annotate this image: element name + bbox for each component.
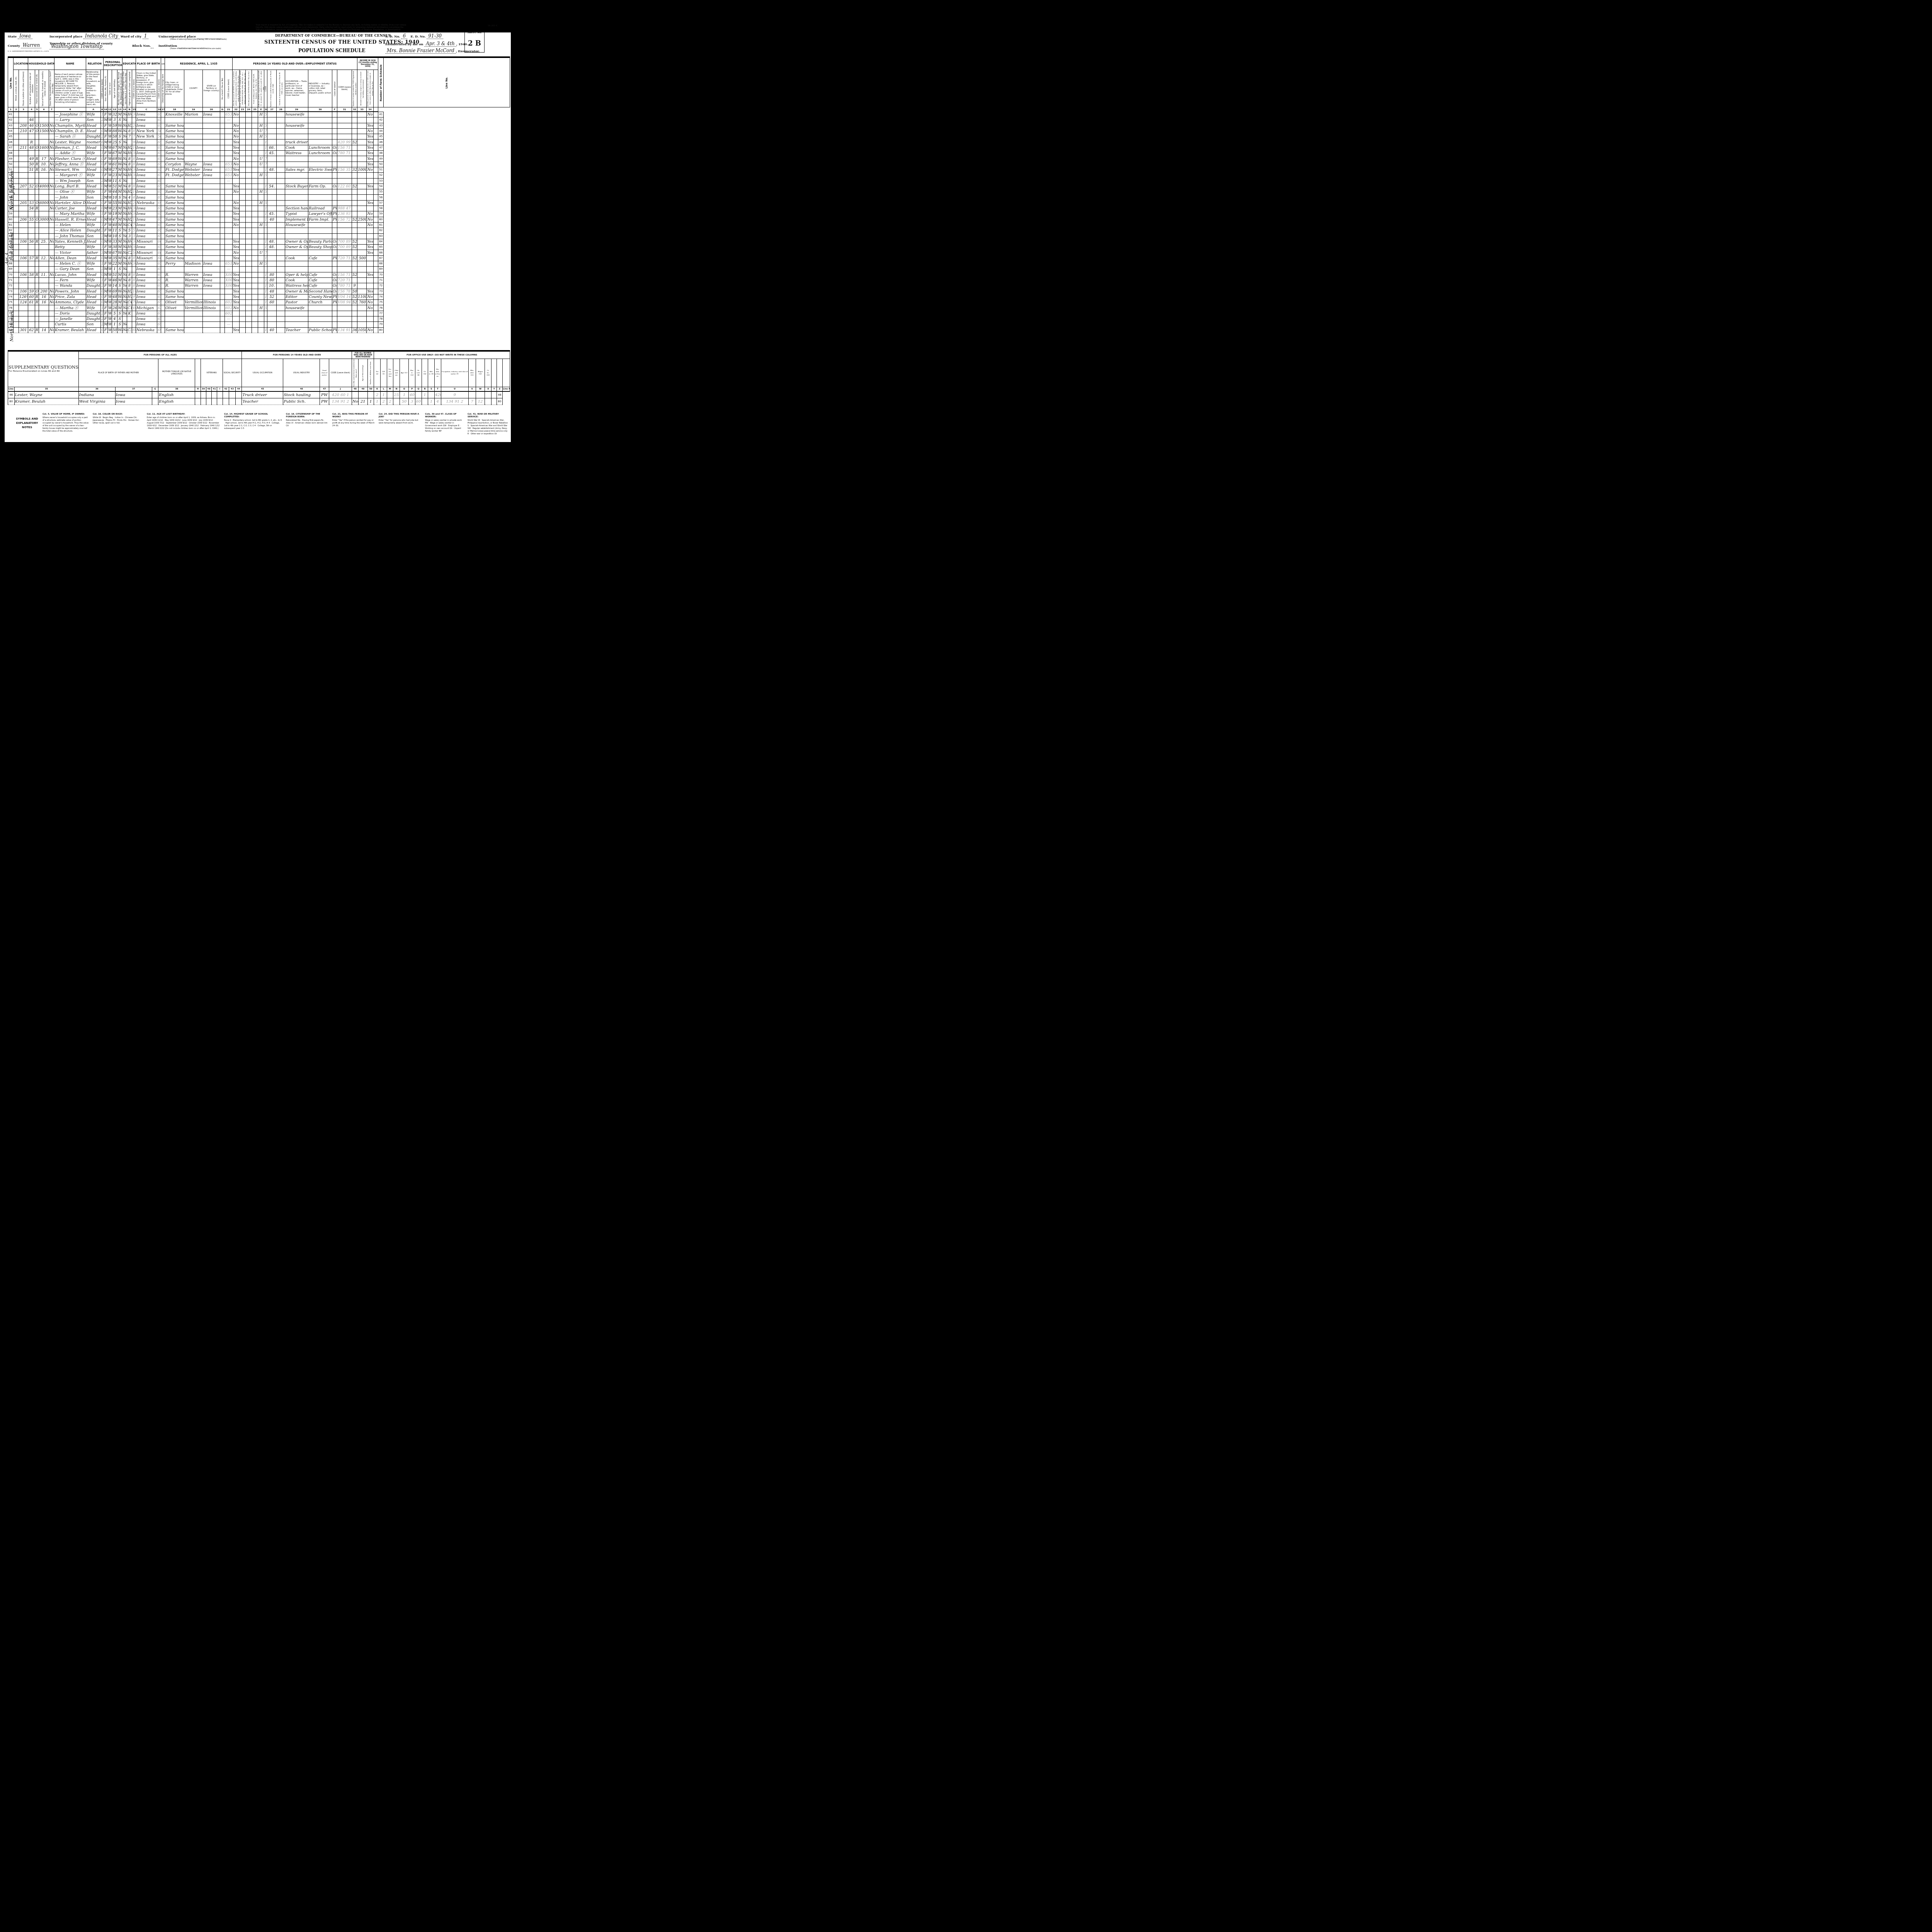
cell-industry: Lawyer's Office: [308, 211, 332, 217]
cell-emergency-work: [240, 294, 246, 299]
cell-birthplace: Iowa: [136, 311, 157, 316]
supp-column-number: 48: [352, 387, 359, 392]
cell-unemployment-duration: [277, 228, 285, 233]
cell-code-e: 1: [264, 283, 267, 289]
cell-relationship: Wife: [86, 211, 101, 217]
cell-age: 50: [112, 327, 117, 333]
column-number: E: [258, 107, 264, 112]
cell-code-a: 1: [101, 189, 104, 195]
cell-owned-rented: [35, 250, 39, 255]
cell-birthplace: New York: [136, 134, 157, 139]
cell-residence-city: Same house: [165, 156, 184, 162]
cell-code-a: 1: [101, 277, 104, 283]
group-office-use: FOR OFFICE USE ONLY—DO NOT WRITE IN THES…: [374, 352, 510, 359]
cell-other-income: Yes: [367, 239, 374, 244]
cell-sex: M: [104, 145, 108, 150]
cell-other-income: No: [367, 305, 374, 311]
cell-code-c: 65: [157, 167, 161, 172]
cell-class-of-worker: [332, 322, 337, 327]
cell-house-number: [19, 189, 28, 195]
cell-citizenship: [161, 156, 165, 162]
cell-home-value: [39, 139, 49, 145]
cell-occupation: [285, 311, 308, 316]
supplementary-questions: SUPPLEMENTARY QUESTIONS For Persons Enum…: [8, 350, 510, 405]
sd-number-field: S. D. No. 6 E. D. No. 91-30: [385, 33, 443, 39]
cell-seeking-work: [246, 294, 252, 299]
cell-code-e: [264, 316, 267, 321]
cell-wages: [357, 200, 367, 206]
cell-code-f: 156 71 4: [337, 272, 352, 277]
cell-occupation: [285, 134, 308, 139]
cell-other-income: [367, 189, 374, 195]
cell-person-name: — Wm Joseph: [54, 178, 86, 184]
supp-col-usual-occupation: USUAL OCCUPATION: [242, 359, 283, 387]
cell-code-a: 0: [101, 128, 104, 134]
supp-office-cell: 134 91 2: [441, 398, 468, 405]
supp-column-number: K: [374, 387, 381, 392]
cell-residence-county: Warren: [184, 283, 203, 289]
cell-person-name: Hartzler, Alice D. ⓧ: [54, 200, 86, 206]
cell-house-number: 106: [19, 239, 28, 244]
column-number: C: [136, 107, 157, 112]
state-value: Iowa: [18, 33, 32, 39]
cell-marital-status: M: [117, 255, 122, 261]
cell-farm-schedule: [374, 283, 378, 289]
cell-house-number: 208: [19, 123, 28, 128]
cell-code-c: 65: [157, 228, 161, 233]
cell-farm: [49, 261, 54, 267]
cell-residence-farm: [220, 156, 225, 162]
cell-residence-farm: [220, 228, 225, 233]
cell-code-b: 30: [132, 211, 136, 217]
supp-col-code-h: [195, 359, 201, 387]
cell-residence-county: Vermillion: [184, 305, 203, 311]
cell-farm: No: [49, 289, 54, 294]
column-number: 2: [14, 107, 19, 112]
col-owned-rented: Home owned (O) or rented (R): [35, 70, 39, 107]
cell-class-of-worker: [332, 228, 337, 233]
cell-code-b: 30: [132, 245, 136, 250]
cell-have-job: [252, 261, 258, 267]
office-col-vr: V-R (5): [380, 359, 387, 387]
cell-home-value: [39, 267, 49, 272]
cell-race: W: [108, 178, 112, 184]
col-line-no: Line No.: [8, 58, 14, 107]
cell-code-a: 1: [101, 261, 104, 267]
cell-age: 4: [112, 316, 117, 321]
cell-wages: [357, 211, 367, 217]
cell-other-income: Yes: [367, 134, 374, 139]
cell-attended-school: Yes: [122, 311, 127, 316]
cell-farm: No: [49, 200, 54, 206]
enumerated-date-field: Enumerated by me on Apr. 3 & 4th, 1940.: [385, 41, 468, 46]
cell-code-f: [337, 112, 352, 117]
cell-age: 55: [112, 200, 117, 206]
cell-citizenship: [161, 316, 165, 321]
cell-citizenship: [161, 261, 165, 267]
cell-line-number-right: 63: [378, 233, 384, 239]
cell-home-value: [39, 117, 49, 123]
cell-person-name: Kramer, Beulah: [54, 327, 86, 333]
supp-column-number: 47: [320, 387, 329, 392]
cell-activity: [258, 211, 264, 217]
cell-household-number: [28, 277, 35, 283]
cell-relationship: Head: [86, 156, 101, 162]
cell-code-b: 30: [132, 167, 136, 172]
cell-class-of-worker: OA: [332, 151, 337, 156]
cell-marital-status: M: [117, 305, 122, 311]
cell-farm-schedule: [374, 211, 378, 217]
cell-birthplace: Iowa: [136, 233, 157, 239]
cell-household-number: 53: [28, 200, 35, 206]
cell-industry: Lunchroom: [308, 151, 332, 156]
cell-weeks-worked: [352, 277, 357, 283]
census-row: 69— Gary DeanSon2MW1SNoIowa65—69: [8, 267, 510, 272]
county-label: County: [8, 44, 20, 48]
cell-age: 51: [112, 184, 117, 189]
cell-line-number-right: 49: [378, 156, 384, 162]
cell-code-e: 5: [264, 173, 267, 178]
cell-class-of-worker: [332, 117, 337, 123]
cell-weeks-worked: [352, 128, 357, 134]
supp-cell-usual-industry: Stock hauling: [283, 391, 320, 398]
supp-column-number: U: [441, 387, 468, 392]
cell-farm-schedule: [374, 139, 378, 145]
cell-activity: [258, 228, 264, 233]
cell-hours-worked: [267, 139, 277, 145]
cell-sex: F: [104, 200, 108, 206]
cell-house-number: [19, 277, 28, 283]
cell-weeks-worked: [352, 178, 357, 184]
cell-industry: [308, 305, 332, 311]
cell-age: 10: [112, 233, 117, 239]
cell-attended-school: No: [122, 250, 127, 255]
cell-street: [14, 151, 19, 156]
cell-sex: M: [104, 267, 108, 272]
cell-line-number-right: 52: [378, 173, 384, 178]
supp-office-cell: 4: [434, 398, 441, 405]
cell-other-income: Yes: [367, 123, 374, 128]
cell-sex: M: [104, 233, 108, 239]
cell-emergency-work: [240, 178, 246, 184]
cell-farm: No: [49, 300, 54, 305]
cell-race: W: [108, 289, 112, 294]
cell-residence-county: [184, 217, 203, 222]
group-residence: RESIDENCE, APRIL 1, 1935: [165, 58, 233, 70]
cell-farm-schedule: [374, 173, 378, 178]
cell-residence-state: Iowa: [203, 162, 220, 167]
cell-citizenship: [161, 162, 165, 167]
cell-at-work: Yes: [233, 211, 240, 217]
cell-home-value: [39, 233, 49, 239]
cell-emergency-work: [240, 162, 246, 167]
cell-owned-rented: [35, 189, 39, 195]
cell-owned-rented: O: [35, 145, 39, 150]
cell-person-name: Ammons, Clyde: [54, 300, 86, 305]
cell-citizenship: [161, 277, 165, 283]
cell-code-a: 0: [101, 123, 104, 128]
cell-person-name: — Gary Dean: [54, 267, 86, 272]
cell-code-c: 65: [157, 123, 161, 128]
group-education: EDUCATION: [122, 58, 136, 70]
cell-race: W: [108, 195, 112, 200]
cell-class-of-worker: OA: [332, 272, 337, 277]
cell-hours-worked: [267, 123, 277, 128]
cell-street: [14, 128, 19, 134]
cell-class-of-worker: [332, 162, 337, 167]
cell-farm: No: [49, 156, 54, 162]
cell-code-e: 7: [264, 128, 267, 134]
cell-residence-state: Iowa: [203, 112, 220, 117]
cell-race: W: [108, 245, 112, 250]
cell-emergency-work: [240, 173, 246, 178]
cell-activity: [258, 233, 264, 239]
supp-col-social-security: SOCIAL SECURITY: [223, 359, 242, 387]
census-row: 5720553O6000NoHartzler, Alice D. ⓧHead0F…: [8, 200, 510, 206]
cell-weeks-worked: [352, 145, 357, 150]
cell-hours-worked: [267, 112, 277, 117]
cell-street: [14, 167, 19, 172]
cell-farm: [49, 195, 54, 200]
census-row: 5151R16.NoStewart, WmHead0MW27MNoH430Iow…: [8, 167, 510, 172]
census-row: 61— HelenWife1FW40MNoC470Iowa65Same hous…: [8, 222, 510, 228]
cell-hours-worked: 54.: [267, 184, 277, 189]
census-row: 48— Addie ⓧWife1FW67MNoH430Iowa65Same ho…: [8, 151, 510, 156]
cell-code-b: 30: [132, 151, 136, 156]
cell-emergency-work: [240, 156, 246, 162]
col-code-e: CODE: [264, 70, 267, 107]
cell-home-value: 4000: [39, 184, 49, 189]
cell-residence-county: [184, 327, 203, 333]
supp-column-number: 49: [358, 387, 367, 392]
cell-age: 33: [112, 239, 117, 244]
cell-age: 32: [112, 112, 117, 117]
office-col-occupation: Occupation, industry, and class of worke…: [441, 359, 468, 387]
cell-code-d: —: [225, 178, 233, 184]
cell-code-a: 1: [101, 112, 104, 117]
cell-wages: [357, 239, 367, 244]
cell-seeking-work: [246, 222, 252, 228]
cell-farm-schedule: [374, 305, 378, 311]
supplementary-row: 46Lester, WayneIndianaIowaEnglishTruck d…: [8, 391, 510, 398]
cell-relationship: Head: [86, 128, 101, 134]
cell-unemployment-duration: [277, 322, 285, 327]
cell-marital-status: M: [117, 239, 122, 244]
cell-seeking-work: [246, 322, 252, 327]
cell-other-income: Yes: [367, 250, 374, 255]
cell-home-value: [39, 261, 49, 267]
cell-birthplace: Nebraska: [136, 200, 157, 206]
cell-sex: F: [104, 123, 108, 128]
cell-code-f: [337, 233, 352, 239]
cell-residence-city: R.: [165, 272, 184, 277]
cell-code-c: 65: [157, 151, 161, 156]
cell-class-of-worker: [332, 261, 337, 267]
cell-citizenship: [161, 145, 165, 150]
cell-line-number-right: 53: [378, 178, 384, 184]
cell-at-work: No: [233, 173, 240, 178]
incorporated-field: Incorporated place Indianola City: [49, 33, 120, 39]
cell-owned-rented: O: [35, 217, 39, 222]
cell-sex: M: [104, 117, 108, 123]
cell-residence-city: Same house: [165, 294, 184, 299]
supp-cell-code-h: [195, 391, 201, 398]
cell-house-number: [19, 222, 28, 228]
cell-residence-county: [184, 123, 203, 128]
cell-code-e: [264, 233, 267, 239]
cell-emergency-work: [240, 151, 246, 156]
cell-street: [14, 228, 19, 233]
cell-residence-county: [184, 200, 203, 206]
cell-code-d: X003: [225, 277, 233, 283]
supp-col-children: Number of children ever born: [367, 359, 374, 387]
supp-column-number: 43: [229, 387, 236, 392]
cell-activity: [258, 117, 264, 123]
col-weeks-worked: Number of weeks worked in 1939 (Equivale…: [352, 70, 357, 107]
supp-column-number: 38: [158, 387, 195, 392]
cell-owned-rented: O: [35, 128, 39, 134]
column-number: 1: [8, 107, 14, 112]
cell-have-job: [252, 184, 258, 189]
cell-code-b: 30: [132, 173, 136, 178]
cell-occupation: [285, 156, 308, 162]
cell-residence-county: [184, 189, 203, 195]
cell-wages: [357, 267, 367, 272]
cell-home-value: 16: [39, 294, 49, 299]
cell-code-b: [132, 267, 136, 272]
cell-at-work: No: [233, 305, 240, 311]
cell-at-work: No: [233, 112, 240, 117]
cell-industry: Farm Op.: [308, 184, 332, 189]
cell-code-b: [132, 311, 136, 316]
cell-household-number: [28, 195, 35, 200]
cell-sex: F: [104, 283, 108, 289]
cell-citizenship: [161, 300, 165, 305]
cell-attended-school: No: [122, 117, 127, 123]
col-age: Age at last birthday: [112, 70, 117, 107]
cell-industry: [308, 195, 332, 200]
cell-residence-county: [184, 311, 203, 316]
supp-office-cell: 1: [400, 391, 409, 398]
col-other-income: Did this person receive income of $50 or…: [367, 70, 374, 107]
cell-race: W: [108, 239, 112, 244]
office-col-cit: Cit. (16): [422, 359, 428, 387]
cell-relationship: Head: [86, 255, 101, 261]
supp-office-cell: 2: [380, 398, 387, 405]
cell-birthplace: Iowa: [136, 117, 157, 123]
cell-activity: [258, 294, 264, 299]
cell-highest-grade: C1: [127, 305, 132, 311]
cell-seeking-work: [246, 178, 252, 184]
cell-household-number: [28, 250, 35, 255]
cell-owned-rented: [35, 267, 39, 272]
cell-code-e: 1: [264, 300, 267, 305]
cell-residence-city: Corydon: [165, 162, 184, 167]
cell-residence-state: [203, 134, 220, 139]
cell-seeking-work: [246, 123, 252, 128]
office-col-y: [492, 359, 497, 387]
cell-code-f: [337, 200, 352, 206]
cell-class-of-worker: OA: [332, 239, 337, 244]
cell-birthplace: Iowa: [136, 123, 157, 128]
supp-cell-line-number: 80: [8, 398, 15, 405]
cell-residence-state: Iowa: [203, 261, 220, 267]
cell-code-c: 65: [157, 322, 161, 327]
cell-at-work: Yes: [233, 327, 240, 333]
cell-attended-school: No: [122, 173, 127, 178]
cell-marital-status: M: [117, 217, 122, 222]
cell-race: W: [108, 267, 112, 272]
cell-residence-state: Iowa: [203, 283, 220, 289]
cell-code-a: 1: [101, 173, 104, 178]
cell-code-d: [225, 156, 233, 162]
cell-have-job: [252, 300, 258, 305]
cell-home-value: [39, 316, 49, 321]
cell-other-income: Yes: [367, 289, 374, 294]
cell-code-c: 65: [157, 294, 161, 299]
cell-code-a: 0: [101, 156, 104, 162]
col-hours-worked: Number of hours worked during week of Ma…: [267, 70, 277, 107]
cell-birthplace: Iowa: [136, 272, 157, 277]
cell-citizenship: [161, 211, 165, 217]
department-title: DEPARTMENT OF COMMERCE—BUREAU OF THE CEN…: [275, 34, 391, 38]
cell-attended-school: No: [122, 267, 127, 272]
cell-residence-farm: [220, 173, 225, 178]
cell-race: W: [108, 300, 112, 305]
cell-other-income: Yes: [367, 156, 374, 162]
cell-unemployment-duration: [277, 255, 285, 261]
cell-line-number: 55: [8, 189, 14, 195]
supp-office-cell: 9: [441, 391, 468, 398]
cell-line-number: 61: [8, 222, 14, 228]
cell-hours-worked: [267, 222, 277, 228]
cell-seeking-work: [246, 112, 252, 117]
cell-farm: [49, 151, 54, 156]
institution-field: Institution (Name of institution and lin…: [158, 43, 221, 50]
cell-hours-worked: [267, 128, 277, 134]
cell-have-job: [252, 305, 258, 311]
cell-attended-school: Yes: [122, 233, 127, 239]
cell-line-number: 64: [8, 239, 14, 244]
census-sheet: Your report is required by Act of Congre…: [5, 32, 511, 442]
supp-col-age-marriage: Age at first marriage: [358, 359, 367, 387]
cell-hours-worked: 45.: [267, 211, 277, 217]
cell-house-number: 211: [19, 145, 28, 150]
cell-residence-city: Knoxville: [165, 112, 184, 117]
census-row: 72— WandaDaughter2FW14SYes88Iowa65R.Warr…: [8, 283, 510, 289]
cell-seeking-work: [246, 283, 252, 289]
cell-occupation: Owner & Operator: [285, 245, 308, 250]
supp-office-cell: 2: [387, 398, 393, 405]
cell-house-number: [19, 156, 28, 162]
cell-home-value: [39, 206, 49, 211]
cell-birthplace: Iowa: [136, 316, 157, 321]
cell-street: [14, 117, 19, 123]
col-res-city: City, town, or village having 2,500 or m…: [165, 70, 184, 107]
ward-label: Ward of city: [121, 34, 141, 38]
cell-owned-rented: R: [35, 300, 39, 305]
cell-unemployment-duration: [277, 112, 285, 117]
cell-attended-school: No: [122, 255, 127, 261]
cell-race: W: [108, 272, 112, 277]
cell-farm-schedule: [374, 112, 378, 117]
cell-code-c: 66: [157, 250, 161, 255]
cell-class-of-worker: PW: [332, 206, 337, 211]
cell-household-number: [28, 134, 35, 139]
cell-household-number: 56: [28, 239, 35, 244]
cell-attended-school: No: [122, 300, 127, 305]
cell-residence-county: Madison: [184, 261, 203, 267]
